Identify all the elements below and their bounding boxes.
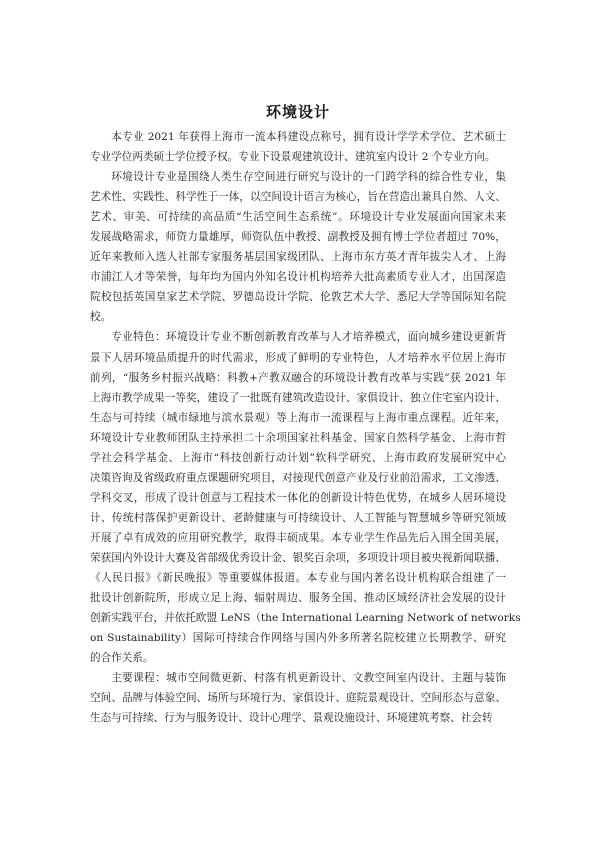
- text-line: 《人民日报》《新民晚报》等重要媒体报道。本专业与国内著名设计机构联合组建了一: [90, 568, 506, 588]
- paragraph: 本专业 2021 年获得上海市一流本科建设点称号，拥有设计学学术学位、艺术硕士专…: [90, 127, 506, 167]
- text-line: 本专业 2021 年获得上海市一流本科建设点称号，拥有设计学学术学位、艺术硕士: [90, 127, 506, 147]
- paragraph: 专业特色：环境设计专业不断创新教育改革与人才培养模式，面向城乡建设更新背景下人居…: [90, 327, 506, 668]
- document-body: 本专业 2021 年获得上海市一流本科建设点称号，拥有设计学学术学位、艺术硕士专…: [90, 127, 506, 728]
- text-line: 决策咨询及省级政府重点课题研究项目，对接现代创意产业及行业前沿需求，工文渗透、: [90, 468, 506, 488]
- text-line: 近年来教师入选人社部专家服务基层国家级团队、上海市东方英才青年拔尖人才、上海: [90, 247, 506, 267]
- text-line: 创新实践平台，并依托欧盟 LeNS（the International Lear…: [90, 608, 506, 628]
- text-line: 学社会科学基金、上海市“科技创新行动计划”软科学研究、上海市政府发展研究中心: [90, 448, 506, 468]
- text-line: 计、传统村落保护更新设计、老龄健康与可持续设计、人工智能与智慧城乡等研究领域: [90, 508, 506, 528]
- text-line: 前列，“服务乡村振兴战略：科教+产教双融合的环境设计教育改革与实践”获 2021…: [90, 368, 506, 388]
- text-line: 主要课程：城市空间微更新、村落有机更新设计、文教空间室内设计、主题与装饰: [90, 668, 506, 688]
- text-line: 专业学位两类硕士学位授予权。专业下设景观建筑设计、建筑室内设计 2 个专业方向。: [90, 147, 506, 167]
- text-line: 开展了卓有成效的应用研究教学，取得丰硕成果。本专业学生作品先后入围全国美展，: [90, 528, 506, 548]
- text-line: 空间、品牌与体验空间、场所与环境行为、家俱设计、庭院景观设计、空间形态与意象、: [90, 688, 506, 708]
- text-line: 发展战略需求，师资力量雄厚，师资队伍中教授、副教授及拥有博士学位者超过 70%，: [90, 227, 506, 247]
- text-line: 批设计创新院所，形成立足上海、辐射周边、服务全国、推动区域经济社会发展的设计: [90, 588, 506, 608]
- text-line: 上海市教学成果一等奖，建设了一批既有建筑改造设计、家俱设计、独立住宅室内设计、: [90, 388, 506, 408]
- text-line: 艺术性、实践性、科学性于一体，以空间设计语言为核心，旨在营造出兼具自然、人文、: [90, 187, 506, 207]
- text-line: 环境设计专业教师团队主持承担二十余项国家社科基金、国家自然科学基金、上海市哲: [90, 428, 506, 448]
- text-line: 学科交叉，形成了设计创意与工程技术一体化的创新设计特色优势，在城乡人居环境设: [90, 488, 506, 508]
- text-line: 艺术、审美、可持续的高品质“生活空间生态系统”。环境设计专业发展面向国家未来: [90, 207, 506, 227]
- text-line: 市浦江人才等荣誉，每年均为国内外知名设计机构培养大批高素质专业人才，出国深造: [90, 267, 506, 287]
- text-line: on Sustainability）国际可持续合作网络与国内外多所著名院校建立长…: [90, 628, 506, 648]
- page-title: 环境设计: [90, 101, 506, 122]
- text-line: 校。: [90, 307, 506, 327]
- text-line: 生态与可持续、行为与服务设计、设计心理学、景观设施设计、环境建筑考察、社会转: [90, 708, 506, 728]
- paragraph: 环境设计专业是围绕人类生存空间进行研究与设计的一门跨学科的综合性专业，集艺术性、…: [90, 167, 506, 327]
- text-line: 生态与可持续（城市绿地与滨水景观）等上海市一流课程与上海市重点课程。近年来，: [90, 408, 506, 428]
- text-line: 专业特色：环境设计专业不断创新教育改革与人才培养模式，面向城乡建设更新背: [90, 327, 506, 347]
- text-line: 环境设计专业是围绕人类生存空间进行研究与设计的一门跨学科的综合性专业，集: [90, 167, 506, 187]
- text-line: 的合作关系。: [90, 648, 506, 668]
- text-line: 景下人居环境品质提升的时代需求，形成了鲜明的专业特色，人才培养水平位居上海市: [90, 348, 506, 368]
- text-line: 荣获国内外设计大赛及省部级优秀设计金、银奖百余项，多项设计项目被央视新闻联播、: [90, 548, 506, 568]
- text-line: 院校包括英国皇家艺术学院、罗德岛设计学院、伦敦艺术大学、悉尼大学等国际知名院: [90, 287, 506, 307]
- paragraph: 主要课程：城市空间微更新、村落有机更新设计、文教空间室内设计、主题与装饰空间、品…: [90, 668, 506, 728]
